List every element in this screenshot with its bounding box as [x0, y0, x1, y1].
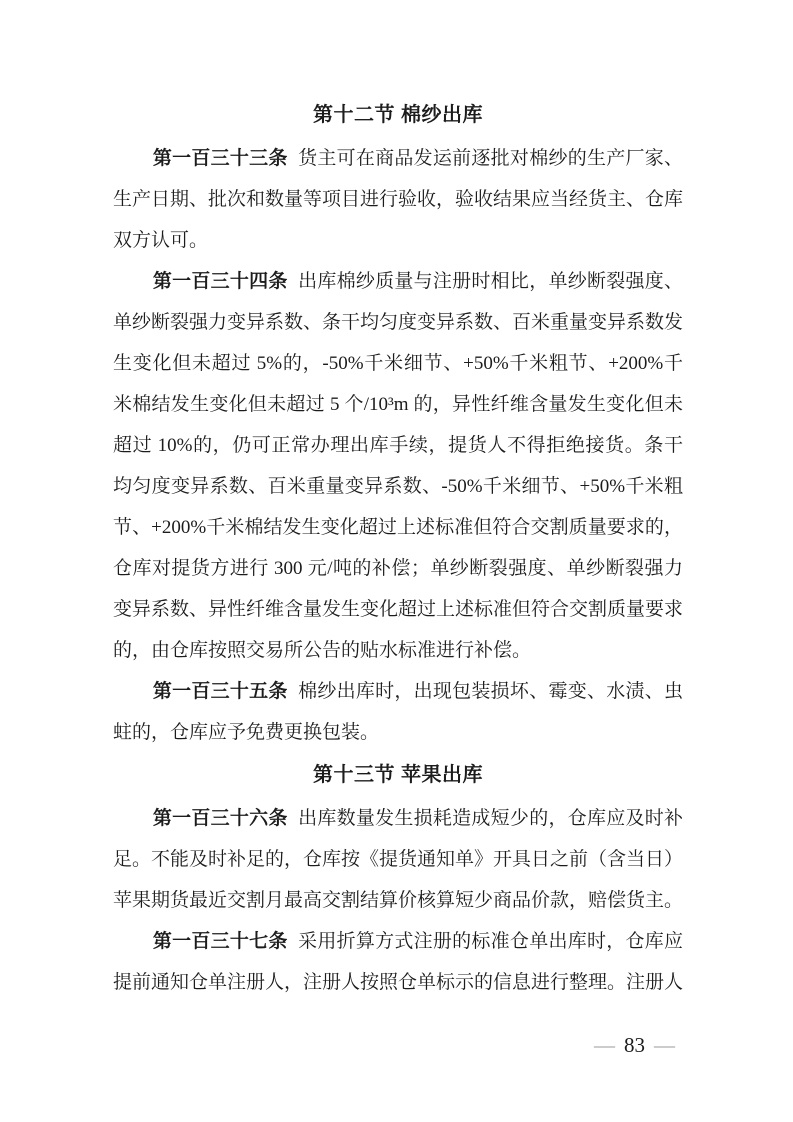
- footer-dash-right: —: [654, 1030, 675, 1060]
- footer-dash-left: —: [594, 1030, 615, 1060]
- page-number: 83: [624, 1030, 645, 1060]
- article: 第一百三十四条出库棉纱质量与注册时相比，单纱断裂强度、单纱断裂强力变异系数、条干…: [113, 261, 683, 671]
- article-number: 第一百三十六条: [153, 808, 288, 829]
- article-number: 第一百三十四条: [153, 271, 288, 292]
- section-heading: 第十二节 棉纱出库: [113, 95, 683, 136]
- article: 第一百三十三条货主可在商品发运前逐批对棉纱的生产厂家、生产日期、批次和数量等项目…: [113, 138, 683, 261]
- article-text: 出库棉纱质量与注册时相比，单纱断裂强度、单纱断裂强力变异系数、条干均匀度变异系数…: [113, 271, 683, 661]
- document-page: 第十二节 棉纱出库 第一百三十三条货主可在商品发运前逐批对棉纱的生产厂家、生产日…: [0, 0, 793, 1122]
- article: 第一百三十七条采用折算方式注册的标准仓单出库时，仓库应提前通知仓单注册人，注册人…: [113, 921, 683, 1003]
- article-number: 第一百三十五条: [153, 681, 288, 702]
- section-cotton-yarn-outbound: 第十二节 棉纱出库 第一百三十三条货主可在商品发运前逐批对棉纱的生产厂家、生产日…: [113, 95, 683, 753]
- section-heading: 第十三节 苹果出库: [113, 755, 683, 796]
- article: 第一百三十六条出库数量发生损耗造成短少的，仓库应及时补足。不能及时补足的，仓库按…: [113, 798, 683, 921]
- section-apple-outbound: 第十三节 苹果出库 第一百三十六条出库数量发生损耗造成短少的，仓库应及时补足。不…: [113, 755, 683, 1003]
- article: 第一百三十五条棉纱出库时，出现包装损坏、霉变、水渍、虫蛀的，仓库应予免费更换包装…: [113, 671, 683, 753]
- page-footer: — 83 —: [594, 1030, 675, 1060]
- article-number: 第一百三十七条: [153, 931, 288, 952]
- article-number: 第一百三十三条: [153, 148, 288, 169]
